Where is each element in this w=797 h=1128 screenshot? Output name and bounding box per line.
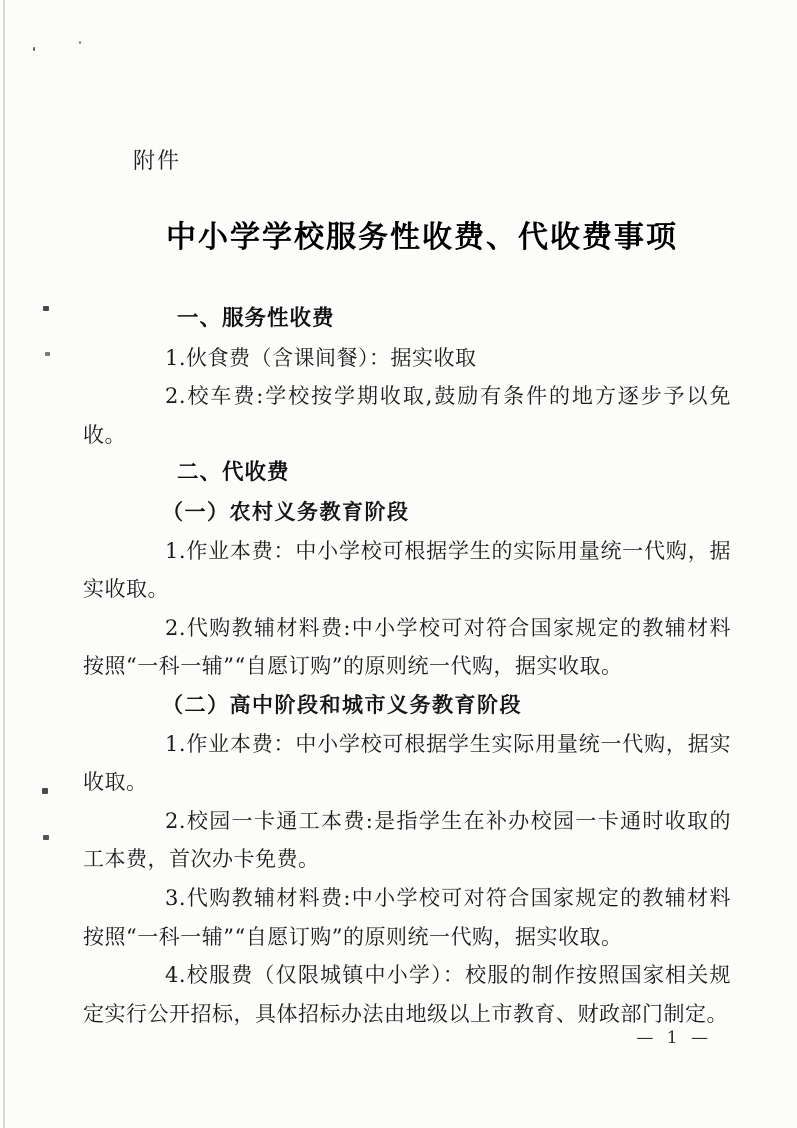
item-supplementary-materials-fee-rural: 2.代购教辅材料费:中小学校可对符合国家规定的教辅材料按照“一科一辅”“自愿订购… [83, 609, 731, 686]
heading-service-fees: 一、服务性收费 [83, 300, 731, 339]
item-workbook-fee-urban: 1.作业本费：中小学校可根据学生实际用量统一代购，据实收取。 [83, 725, 731, 802]
item-campus-card-fee: 2.校园一卡通工本费:是指学生在补办校园一卡通时收取的工本费，首次办卡免费。 [83, 802, 731, 879]
page-number: — 1 — [636, 1028, 712, 1048]
item-school-uniform-fee: 4.校服费（仅限城镇中小学）：校服的制作按照国家相关规定实行公开招标，具体招标办… [83, 956, 731, 1033]
scan-speck [45, 352, 50, 356]
item-workbook-fee-rural: 1.作业本费：中小学校可根据学生的实际用量统一代购，据实收取。 [83, 532, 731, 609]
item-school-bus-fee: 2.校车费:学校按学期收取,鼓励有条件的地方逐步予以免收。 [83, 377, 731, 454]
scan-speck [33, 47, 35, 51]
subheading-rural-compulsory-education: （一）农村义务教育阶段 [83, 493, 731, 532]
page-title: 中小学学校服务性收费、代收费事项 [83, 218, 731, 258]
subheading-highschool-and-urban: （二）高中阶段和城市义务教育阶段 [83, 686, 731, 725]
scan-speck [43, 835, 49, 840]
scan-edge-shadow [3, 0, 5, 1128]
document-page: 附件 中小学学校服务性收费、代收费事项 一、服务性收费 1.伙食费（含课间餐）：… [0, 0, 797, 1128]
scan-speck [79, 41, 81, 44]
item-supplementary-materials-fee-urban: 3.代购教辅材料费:中小学校可对符合国家规定的教辅材料按照“一科一辅”“自愿订购… [83, 879, 731, 956]
attachment-label: 附件 [133, 146, 797, 178]
scan-speck [43, 306, 49, 311]
heading-collection-fees: 二、代收费 [83, 454, 731, 493]
document-body: 一、服务性收费 1.伙食费（含课间餐）：据实收取 2.校车费:学校按学期收取,鼓… [83, 300, 731, 1033]
scan-speck [42, 788, 48, 794]
item-meal-fee: 1.伙食费（含课间餐）：据实收取 [83, 339, 731, 378]
